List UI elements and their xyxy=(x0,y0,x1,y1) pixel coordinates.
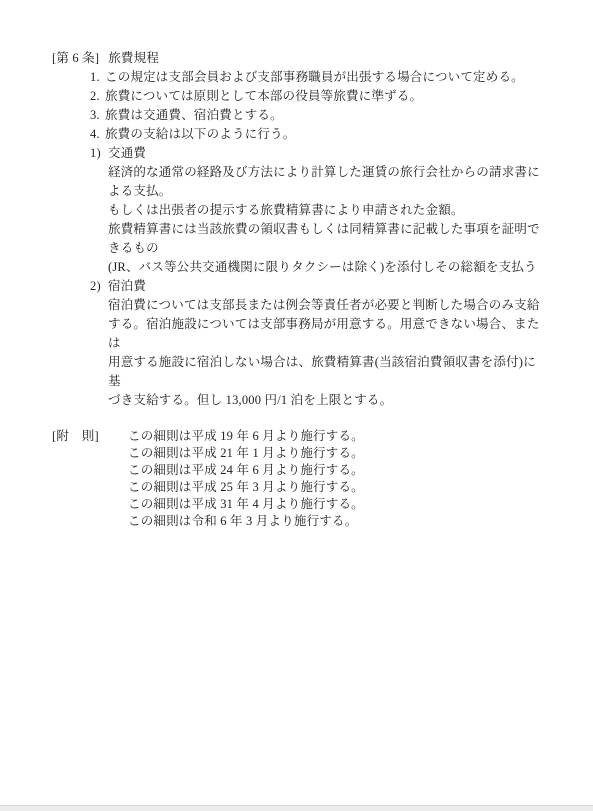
item-marker: 2. xyxy=(90,87,105,106)
appendix-line: この細則は平成 25 年 3 月より施行する。 xyxy=(128,479,364,496)
item-text: この規定は支部会員および支部事務職員が出張する場合について定める。 xyxy=(105,68,524,87)
document-page: [第 6 条] 旅費規程 1. この規定は支部会員および支部事務職員が出張する場… xyxy=(0,0,593,806)
appendix-line: この細則は平成 21 年 1 月より施行する。 xyxy=(128,445,364,462)
appendix-line: この細則は平成 19 年 6 月より施行する。 xyxy=(128,428,364,445)
numbered-item: 2. 旅費については原則として本部の役員等旅費に準ずる。 xyxy=(90,87,548,106)
sub-item-title: 交通費 xyxy=(108,144,146,163)
item-marker: 4. xyxy=(90,125,105,144)
sub-item-body: 経済的な通常の経路及び方法により計算した運賃の旅行会社からの請求書に よる支払。… xyxy=(108,163,548,277)
item-marker: 3. xyxy=(90,106,105,125)
sub-item-body: 宿泊費については支部長または例会等責任者が必要と判断した場合のみ支給 する。宿泊… xyxy=(108,296,548,410)
body-line: づき支給する。但し 13,000 円/1 泊を上限とする。 xyxy=(108,391,548,410)
sub-item-heading: 2) 宿泊費 xyxy=(90,277,548,296)
item-text: 旅費は交通費、宿泊費とする。 xyxy=(105,106,283,125)
item-text: 旅費については原則として本部の役員等旅費に準ずる。 xyxy=(105,87,422,106)
body-line: (JR、バス等公共交通機関に限りタクシーは除く)を添付しその総額を支払う xyxy=(108,258,548,277)
body-line: する。宿泊施設については支部事務局が用意する。用意できない場合、または xyxy=(108,315,548,353)
appendix-line: この細則は令和 6 年 3 月より施行する。 xyxy=(128,513,364,530)
numbered-item: 1. この規定は支部会員および支部事務職員が出張する場合について定める。 xyxy=(90,68,548,87)
article-title: 旅費規程 xyxy=(108,49,159,68)
sub-item-marker: 2) xyxy=(90,277,108,296)
body-line: 用意する施設に宿泊しない場合は、旅費精算書(当該宿泊費領収書を添付)に基 xyxy=(108,353,548,391)
sub-item-title: 宿泊費 xyxy=(108,277,146,296)
body-line: 宿泊費については支部長または例会等責任者が必要と判断した場合のみ支給 xyxy=(108,296,548,315)
appendix-section: [附 則] この細則は平成 19 年 6 月より施行する。 この細則は平成 21… xyxy=(52,428,548,530)
item-text: 旅費の支給は以下のように行う。 xyxy=(105,125,296,144)
appendix-line: この細則は平成 31 年 4 月より施行する。 xyxy=(128,496,364,513)
appendix-lines: この細則は平成 19 年 6 月より施行する。 この細則は平成 21 年 1 月… xyxy=(128,428,364,530)
article-header: [第 6 条] 旅費規程 xyxy=(52,49,548,68)
sub-item-marker: 1) xyxy=(90,144,108,163)
body-line: 経済的な通常の経路及び方法により計算した運賃の旅行会社からの請求書に xyxy=(108,163,548,182)
document-body: [第 6 条] 旅費規程 1. この規定は支部会員および支部事務職員が出張する場… xyxy=(52,49,548,530)
article-number: [第 6 条] xyxy=(52,49,99,68)
numbered-item: 4. 旅費の支給は以下のように行う。 xyxy=(90,125,548,144)
sub-item-heading: 1) 交通費 xyxy=(90,144,548,163)
body-line: よる支払。 xyxy=(108,182,548,201)
numbered-item: 3. 旅費は交通費、宿泊費とする。 xyxy=(90,106,548,125)
page-bottom-edge xyxy=(0,805,593,811)
appendix-label: [附 則] xyxy=(52,428,128,530)
body-line: 旅費精算書には当該旅費の領収書もしくは同精算書に記載した事項を証明で xyxy=(108,220,548,239)
body-line: もしくは出張者の提示する旅費精算書により申請された金額。 xyxy=(108,201,548,220)
item-marker: 1. xyxy=(90,68,105,87)
body-line: きるもの xyxy=(108,239,548,258)
appendix-line: この細則は平成 24 年 6 月より施行する。 xyxy=(128,462,364,479)
